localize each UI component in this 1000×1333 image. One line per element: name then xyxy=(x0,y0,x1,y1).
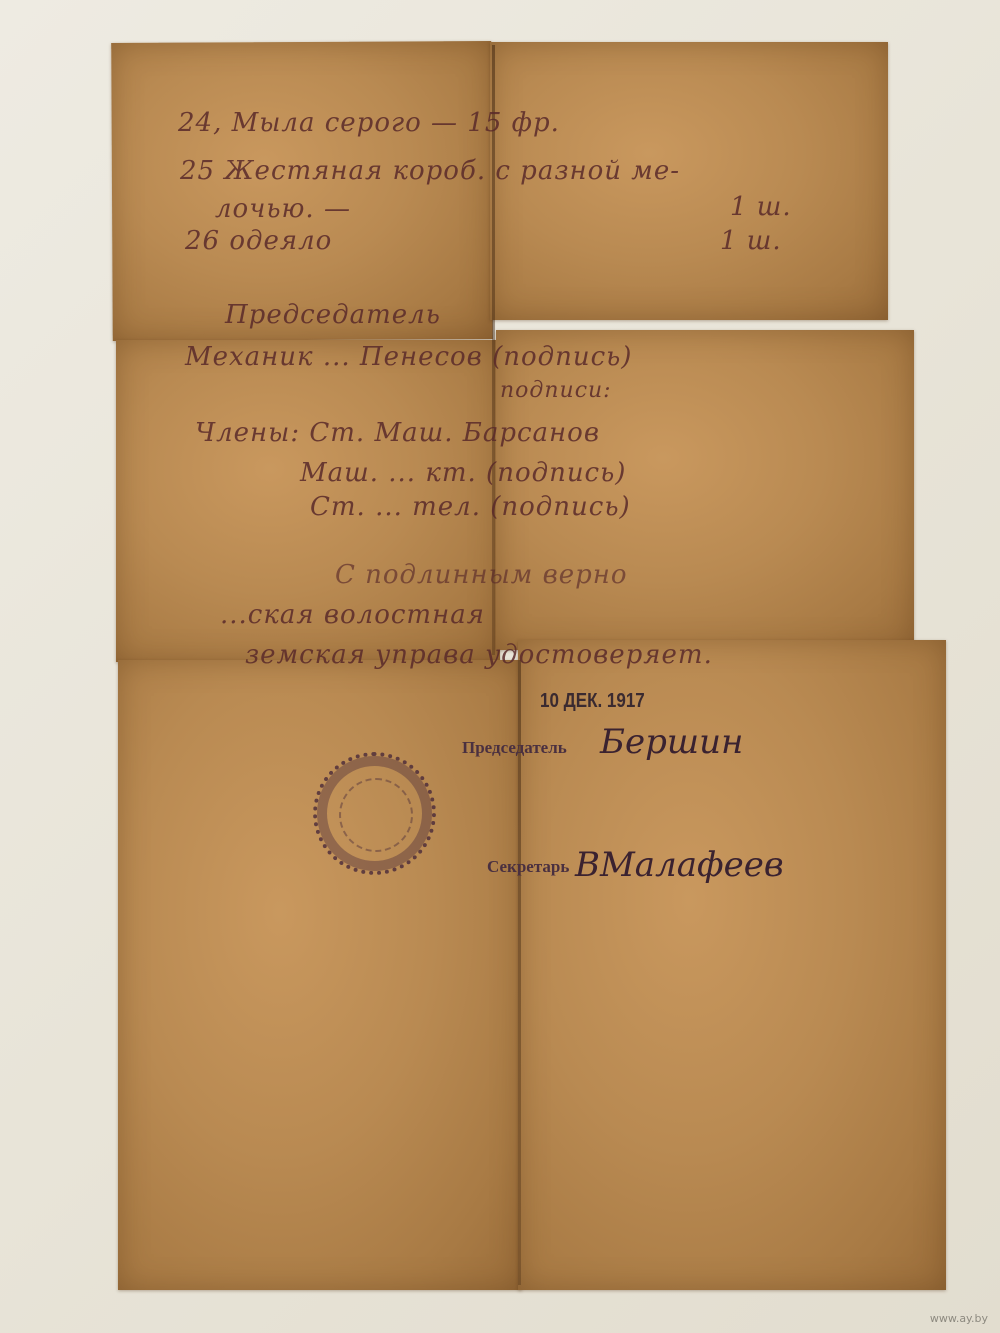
line-item-26-qty: 1 ш. xyxy=(720,226,782,256)
line-item-25-qty: 1 ш. xyxy=(730,192,792,222)
paper-panel-top-left xyxy=(111,41,493,341)
date-stamp: 10 ДЕК. 1917 xyxy=(540,690,645,713)
members-line-3: Ст. ... тел. (подпись) xyxy=(310,492,631,522)
copy-certification: С подлинным верно xyxy=(335,560,628,590)
members-line-2: Маш. ... кт. (подпись) xyxy=(300,458,626,488)
office-line-2: земская управа удостоверяет. xyxy=(245,640,713,670)
line-item-25-cont: лочью. — xyxy=(215,194,351,224)
watermark: www.ay.by xyxy=(930,1312,988,1325)
office-line-1: ...ская волостная xyxy=(220,600,485,630)
line-item-25: 25 Жестяная короб. с разной ме- xyxy=(180,156,680,186)
secretary-signature: ВМалафеев xyxy=(575,845,784,885)
official-seal-icon xyxy=(313,752,436,875)
chairman-signature: Бершин xyxy=(600,722,743,762)
signatures-label: подписи: xyxy=(500,378,612,403)
chairman-label: Председатель xyxy=(462,738,567,758)
chairman-handwritten: Председатель xyxy=(225,300,441,330)
line-item-26: 26 одеяло xyxy=(185,226,332,256)
mechanic-line: Механик ... Пенесов (подпись) xyxy=(185,342,632,372)
members-line-1: Члены: Ст. Маш. Барсанов xyxy=(195,418,600,448)
line-item-24: 24, Мыла серого — 15 фр. xyxy=(178,108,560,138)
secretary-label: Секретарь xyxy=(487,857,569,877)
seal-inner-ring xyxy=(339,778,413,852)
